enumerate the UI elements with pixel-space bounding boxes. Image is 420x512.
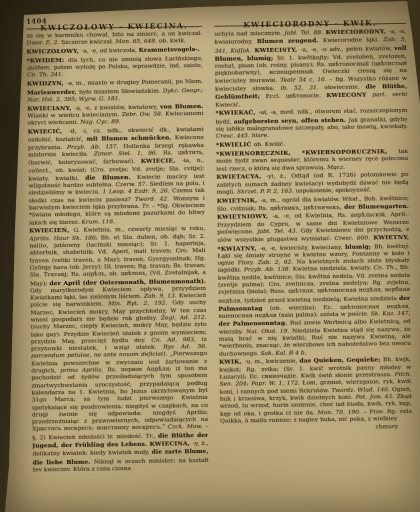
entry-text: KWIK, [219,359,244,366]
entry-text: KWIECIEŃ, [29,227,73,235]
entry-text: Czck. Mow. [168,424,206,431]
entry-text: Mon. 70, 190. [318,409,364,416]
dictionary-entry: KWIECIĆ, -ił, -i, cz. ndk., okwiecić dk.… [28,126,205,227]
entry-text: Kwiecorodne łąki. [323,38,383,45]
entry-text: Sak. Kal. B 4 b. [261,350,307,357]
entry-text: KWIECIE, [141,158,182,166]
entry-text: KWIDZYN, [27,80,67,88]
entry-text: Tr. [142,204,152,210]
entry-text: KWIECIORODNY, [325,28,389,36]
entry-text: Eccl. цвѣтоносіе. [266,93,327,100]
entry-text: KWIECINA, [150,440,193,448]
dictionary-entry: KWIK, -u, m., kwiczenie, das Quieken, Ge… [219,356,412,426]
entry-text: Rs. первое Апрѣля; iż ten ma pochodzić o… [31,366,208,433]
entry-text: ob. Kwilić. [254,142,285,148]
entry-text: Blumen zeugend. [257,37,323,45]
entry-text: Krammetsvogels-. [139,46,200,54]
entry-text: Cn. Th. 341. [27,72,64,79]
entry-text: Jabł. Tel. 88. [284,30,325,37]
entry-text: Mon. 65, 648. [116,39,159,46]
entry-text: Cresc. 445. hiare. [216,133,269,140]
entry-text: Cn. Ad. 983, [151,337,201,344]
entry-text: -a, -e, od kwiczoła, [81,48,138,55]
entry-text: uspokoienie, spokoyność. [296,187,372,194]
entry-text: KWIECIANY, [27,105,74,113]
entry-text: Czerw. 57. [115,182,149,189]
entry-text: von Blumen. [160,103,203,111]
entry-text: sequester, [270,158,304,164]
entry-text: KWIECIĆ, [28,128,69,136]
entry-text: Tr., [145,433,158,439]
entry-text: aufgeborsten seyn, offen stehen. [234,117,349,126]
entry-text: Przyb. Ab. 157. [67,144,123,151]
page-content: 1404 KWICZOŁOWY - KWIECINA. KWIECIORODNY… [26,10,417,472]
entry-text: KWICZOŁOWY, [27,48,82,56]
entry-text: Żegl. Ad. 212. [161,315,207,322]
entry-text: die Blumen. [85,174,137,182]
dictionary-entry: KWIETACYA, -yi, ż., Odtąd (od R. 1726) p… [216,171,408,197]
entry-text: Szczerze kwiczał. [61,40,115,47]
entry-text: -a, -e, z kwiatów, kwiatowy, [74,104,160,111]
entry-text: mit Blumen schmücken. [87,135,175,143]
entry-text: Marienwerder, [27,88,79,96]
entry-text: uchyla nad miecznym. [214,31,284,38]
right-column: uchyla nad miecznym. Jabł. Tel. 88. KWIE… [214,28,412,469]
entry-text: Zebr. Ow. 58. [122,111,165,118]
entry-text: Przyb. Ab. 138. [244,267,293,274]
entry-text: -u, m., kwiczenie, [245,359,300,366]
entry-text: -a, m., miasto w drugiey Pomeranii, po N… [66,79,203,87]
dictionary-entry: KWIECIEŃ, G. Kwietnia, m., czwarty miesi… [29,225,209,471]
entry-text: było miastem Słowiańskim. [79,88,163,95]
entry-text: Nal. Okol. 19. [246,328,292,335]
entry-text: part. verbi [372,92,407,99]
entry-text: okwiecenie, [324,85,365,92]
entry-text: prima Aprilis, [60,367,107,374]
page-number: 1404 [26,17,47,25]
entry-text: KWIECISTY, [254,46,300,54]
entry-text: *KWIEKAĆ, [215,110,258,118]
entry-text: der Blumengarten. [344,203,409,211]
entry-text: Twardz. Wlad. 140. [331,387,392,394]
entry-text: Zimor. Siel. 1, 96. [94,150,163,157]
entry-text: KWIETNIK, [217,197,261,205]
entry-text: Krum. 116. [81,219,115,225]
entry-text: Pot. Jow. 43. [356,394,397,401]
entry-text: der Palmensonntag. [219,320,290,328]
entry-text: Jabł. Tel. 43. [257,228,301,235]
entry-text: Aprilis. Haur Sk. 180; [29,235,100,242]
entry-text: Cn. Th., [374,265,400,271]
entry-text: Nag. Cyc. 89. [80,119,121,126]
entry-text: *KWIDEM: [27,57,69,65]
entry-text: Teatr 54 c, 16. [280,77,329,84]
entry-text: KWIETNIOWY, [217,213,273,221]
entry-text: potem wyłożę po Polsku, wprawdzie, ind, … [54,63,203,71]
entry-text: das Quieken, Gequieke; [300,357,384,365]
dictionary-entry: KWIECIANY, -a, -e, z kwiatów, kwiatowy, … [27,103,203,128]
entry-text: -a, -e, -o adv., pełen kwiatów, [301,46,395,53]
entry-text: -a, -e, kwiecisty, kwieciany, [260,244,345,251]
entry-text: Skrzet. P. P. 2, 163. [237,189,296,196]
entry-text: KWIETACYA, [216,173,266,181]
entry-text: Cresc. 600. [335,236,374,243]
entry-text: Dwor. E. 2. [26,40,61,47]
entry-text: Mącz. [327,164,345,170]
entry-text: -a, m., ogród dla kwiatów. [260,197,342,204]
entry-text: ib. 52, 31. [281,85,325,92]
entry-text: Tward. 42. [135,196,173,203]
entry-text: Min. Ryt. 2, 192. [108,301,172,308]
running-head-left: 1404 KWICZOŁOWY - KWIECINA. [26,13,202,30]
dictionary-entry: uchyla nad miecznym. Jabł. Tel. 88. KWIE… [214,28,407,110]
dictionary-entry: *KWIERNORĘCZNIK, *KWIERNOPORUCZNIK, tak … [216,148,408,174]
scanned-book-page: 1404 KWICZOŁOWY - KWIECINA. KWIECIORODNY… [0,0,420,512]
entry-text: Zab. 9, 13. [144,293,179,300]
entry-text: *KWIELIĆ [216,141,254,149]
entry-text: Sk. Kaz. 147, [371,311,411,318]
entry-text: KWIECONY [326,92,372,100]
dictionary-entry: KWIDZYN, -a, m., miasto w drugiey Pomera… [27,78,203,104]
entry-text: Kwiecić. [215,102,240,108]
running-head-right: KWIECIORODNY - KWIK. [214,10,406,27]
entry-text: 1 Leop. 4 Ezdr. 9, 26. [103,189,173,196]
dictionary-entry: *KWIDEM: dla tych, co nie umieią słowa Ł… [27,55,203,80]
entry-text: Kwietna niedziela, kwiaty. [293,266,374,273]
left-column: ze się w karmniku chował, bito na śmierć… [26,31,208,472]
entry-text: quidem, [27,65,54,71]
entry-text: ob. kwik. [159,38,186,44]
dictionary-entry: KWIETNIK, -a, m., ogród dla kwiatów. Wło… [217,195,411,359]
entry-text: blumig; [345,243,374,250]
right-column-entries: uchyla nad miecznym. Jabł. Tel. 88. KWIE… [214,28,412,426]
entry-text: Zab. 2, 62. [258,260,297,267]
text-columns: ze się w karmniku chował, bito na śmierć… [26,28,416,472]
dictionary-entry: *KWIEKAĆ, -ał, -a, med. ndk., otworem st… [215,107,407,141]
entry-text: Włod., [342,196,364,202]
